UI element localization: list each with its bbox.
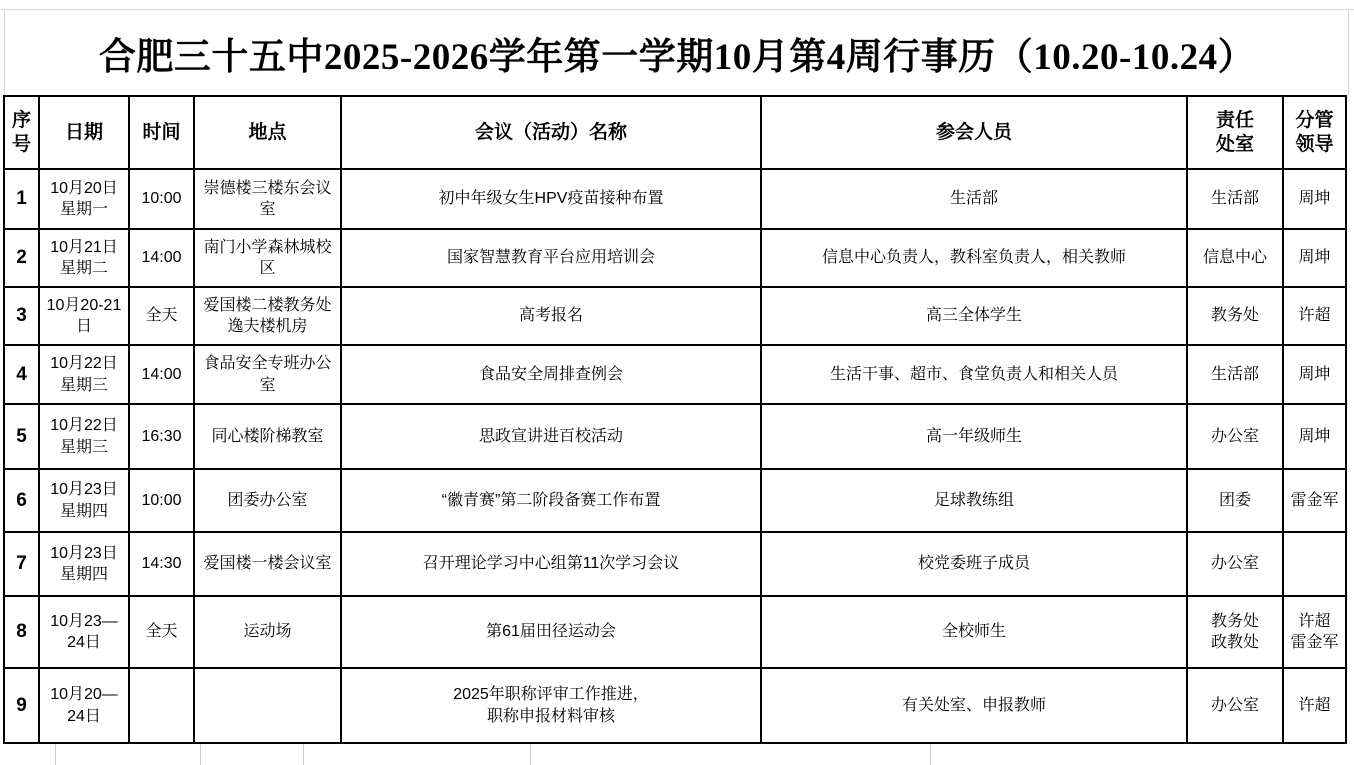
cell-department: 团委 [1187,469,1283,532]
header-row: 序号日期时间地点会议（活动）名称参会人员责任处室分管领导 [4,96,1346,169]
col-header-date: 日期 [39,96,129,169]
cell-activity: 初中年级女生HPV疫苗接种布置 [341,169,761,229]
cell-activity: 第61届田径运动会 [341,596,761,668]
cell-participants: 足球教练组 [761,469,1187,532]
cell-index: 4 [4,345,39,404]
table-row: 110月20日星期一10:00崇德楼三楼东会议室初中年级女生HPV疫苗接种布置生… [4,169,1346,229]
cell-participants: 生活干事、超市、食堂负责人和相关人员 [761,345,1187,404]
col-header-activity: 会议（活动）名称 [341,96,761,169]
cell-participants: 高一年级师生 [761,404,1187,469]
table-row: 910月20—24日2025年职称评审工作推进，职称申报材料审核有关处室、申报教… [4,668,1346,743]
table-row: 210月21日星期二14:00南门小学森林城校区国家智慧教育平台应用培训会信息中… [4,229,1346,287]
col-header-index: 序号 [4,96,39,169]
cell-participants: 高三全体学生 [761,287,1187,345]
cell-location: 同心楼阶梯教室 [194,404,341,469]
col-header-department: 责任处室 [1187,96,1283,169]
cell-leader [1283,532,1346,596]
cell-location: 运动场 [194,596,341,668]
cell-participants: 校党委班子成员 [761,532,1187,596]
cell-time: 全天 [129,287,194,345]
cell-location: 食品安全专班办公室 [194,345,341,404]
cell-department: 教务处 [1187,287,1283,345]
cell-time: 14:30 [129,532,194,596]
col-header-time: 时间 [129,96,194,169]
cell-time: 14:00 [129,345,194,404]
cell-activity: 国家智慧教育平台应用培训会 [341,229,761,287]
cell-location: 爱国楼一楼会议室 [194,532,341,596]
cell-department: 信息中心 [1187,229,1283,287]
cell-index: 3 [4,287,39,345]
cell-time: 14:00 [129,229,194,287]
cell-activity: 2025年职称评审工作推进，职称申报材料审核 [341,668,761,743]
sheet-gridline-stub [303,744,304,765]
cell-activity: 高考报名 [341,287,761,345]
page-title: 合肥三十五中2025-2026学年第一学期10月第4周行事历（10.20-10.… [99,26,1255,80]
cell-location: 崇德楼三楼东会议室 [194,169,341,229]
cell-index: 9 [4,668,39,743]
cell-date: 10月20日星期一 [39,169,129,229]
cell-activity: 食品安全周排查例会 [341,345,761,404]
col-header-participants: 参会人员 [761,96,1187,169]
schedule-page: 合肥三十五中2025-2026学年第一学期10月第4周行事历（10.20-10.… [0,0,1354,765]
cell-index: 7 [4,532,39,596]
cell-location: 团委办公室 [194,469,341,532]
cell-time: 全天 [129,596,194,668]
sheet-gridline-stub [930,744,931,765]
cell-date: 10月23日星期四 [39,532,129,596]
cell-location: 南门小学森林城校区 [194,229,341,287]
cell-date: 10月23—24日 [39,596,129,668]
cell-department: 办公室 [1187,668,1283,743]
cell-location [194,668,341,743]
cell-location: 爱国楼二楼教务处逸夫楼机房 [194,287,341,345]
cell-leader: 雷金军 [1283,469,1346,532]
cell-time [129,668,194,743]
cell-department: 生活部 [1187,169,1283,229]
cell-department: 办公室 [1187,532,1283,596]
table-row: 310月20-21日全天爱国楼二楼教务处逸夫楼机房高考报名高三全体学生教务处许超 [4,287,1346,345]
sheet-gridline-stub [200,744,201,765]
cell-date: 10月23日星期四 [39,469,129,532]
cell-time: 16:30 [129,404,194,469]
cell-department: 办公室 [1187,404,1283,469]
cell-participants: 有关处室、申报教师 [761,668,1187,743]
cell-leader: 许超 [1283,287,1346,345]
cell-index: 6 [4,469,39,532]
cell-leader: 周坤 [1283,404,1346,469]
table-row: 710月23日星期四14:30爱国楼一楼会议室召开理论学习中心组第11次学习会议… [4,532,1346,596]
cell-time: 10:00 [129,469,194,532]
col-header-location: 地点 [194,96,341,169]
cell-leader: 周坤 [1283,229,1346,287]
col-header-leader: 分管领导 [1283,96,1346,169]
cell-leader: 周坤 [1283,169,1346,229]
cell-date: 10月22日星期三 [39,404,129,469]
cell-leader: 许超 [1283,668,1346,743]
table-row: 810月23—24日全天运动场第61届田径运动会全校师生教务处政教处许超雷金军 [4,596,1346,668]
cell-date: 10月21日星期二 [39,229,129,287]
cell-time: 10:00 [129,169,194,229]
cell-participants: 全校师生 [761,596,1187,668]
cell-date: 10月20-21日 [39,287,129,345]
cell-department: 教务处政教处 [1187,596,1283,668]
sheet-gridline-stub [55,744,56,765]
cell-index: 1 [4,169,39,229]
title-block: 合肥三十五中2025-2026学年第一学期10月第4周行事历（10.20-10.… [0,10,1354,95]
cell-activity: 思政宣讲进百校活动 [341,404,761,469]
cell-date: 10月20—24日 [39,668,129,743]
schedule-table: 序号日期时间地点会议（活动）名称参会人员责任处室分管领导 110月20日星期一1… [3,95,1347,744]
cell-participants: 信息中心负责人，教科室负责人，相关教师 [761,229,1187,287]
table-body: 110月20日星期一10:00崇德楼三楼东会议室初中年级女生HPV疫苗接种布置生… [4,169,1346,743]
cell-participants: 生活部 [761,169,1187,229]
cell-index: 8 [4,596,39,668]
cell-index: 5 [4,404,39,469]
cell-index: 2 [4,229,39,287]
cell-activity: “徽青赛”第二阶段备赛工作布置 [341,469,761,532]
table-row: 510月22日星期三16:30同心楼阶梯教室思政宣讲进百校活动高一年级师生办公室… [4,404,1346,469]
cell-activity: 召开理论学习中心组第11次学习会议 [341,532,761,596]
table-row: 610月23日星期四10:00团委办公室“徽青赛”第二阶段备赛工作布置足球教练组… [4,469,1346,532]
table-row: 410月22日星期三14:00食品安全专班办公室食品安全周排查例会生活干事、超市… [4,345,1346,404]
cell-department: 生活部 [1187,345,1283,404]
cell-leader: 周坤 [1283,345,1346,404]
cell-date: 10月22日星期三 [39,345,129,404]
sheet-gridline-stub [530,744,531,765]
cell-leader: 许超雷金军 [1283,596,1346,668]
